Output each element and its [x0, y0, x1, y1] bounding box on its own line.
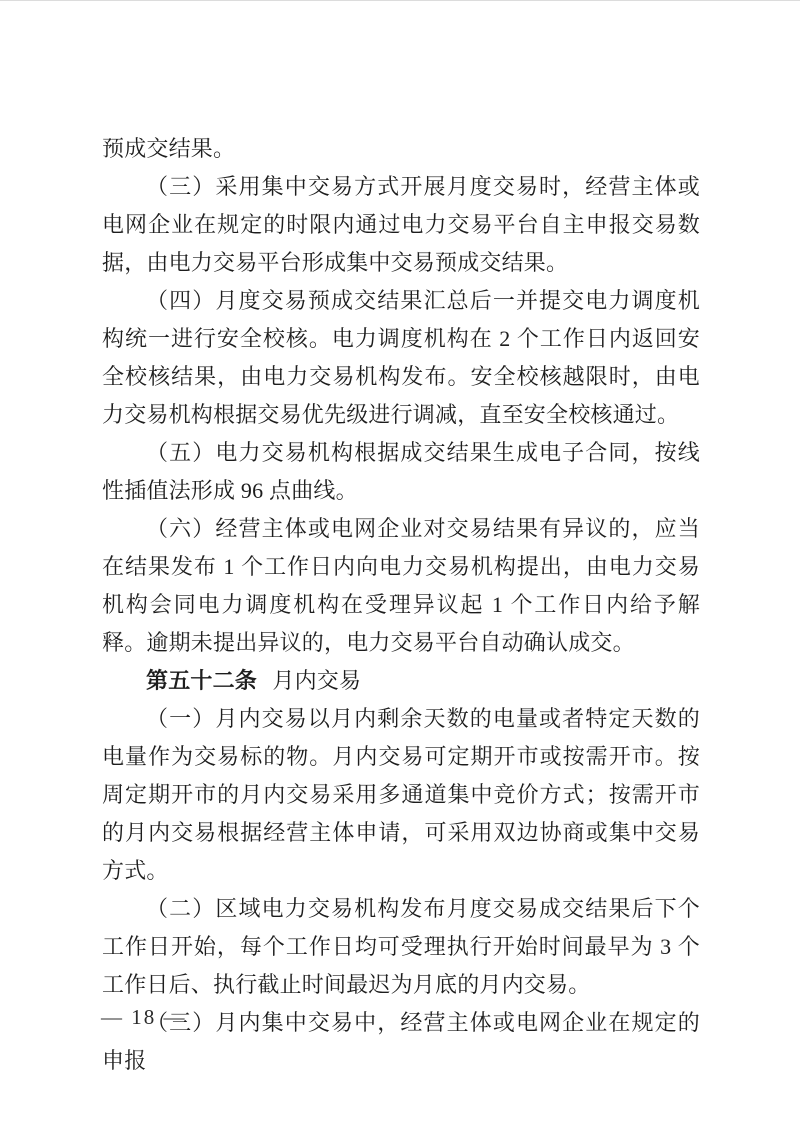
article-heading: 第五十二条月内交易: [102, 662, 700, 700]
paragraph-clause-3-intramonth: （三）月内集中交易中，经营主体或电网企业在规定的申报: [102, 1004, 700, 1080]
paragraph-clause-5: （五）电力交易机构根据成交结果生成电子合同，按线性插值法形成 96 点曲线。: [102, 434, 700, 510]
paragraph-clause-2-intramonth: （二）区域电力交易机构发布月度交易成交结果后下个工作日开始，每个工作日均可受理执…: [102, 890, 700, 1004]
document-page: 预成交结果。 （三）采用集中交易方式开展月度交易时，经营主体或电网企业在规定的时…: [0, 0, 800, 1131]
paragraph-clause-3-monthly: （三）采用集中交易方式开展月度交易时，经营主体或电网企业在规定的时限内通过电力交…: [102, 168, 700, 282]
article-title: 月内交易: [272, 668, 361, 693]
scan-edge-line: [0, 0, 800, 1]
document-body: 预成交结果。 （三）采用集中交易方式开展月度交易时，经营主体或电网企业在规定的时…: [102, 130, 700, 1080]
paragraph-clause-6: （六）经营主体或电网企业对交易结果有异议的，应当在结果发布 1 个工作日内向电力…: [102, 510, 700, 662]
paragraph-clause-1-intramonth: （一）月内交易以月内剩余天数的电量或者特定天数的电量作为交易标的物。月内交易可定…: [102, 700, 700, 890]
paragraph-clause-4: （四）月度交易预成交结果汇总后一并提交电力调度机构统一进行安全校核。电力调度机构…: [102, 282, 700, 434]
article-number: 第五十二条: [146, 668, 257, 693]
paragraph-continuation: 预成交结果。: [102, 130, 700, 168]
page-number: — 18 —: [101, 1002, 187, 1032]
